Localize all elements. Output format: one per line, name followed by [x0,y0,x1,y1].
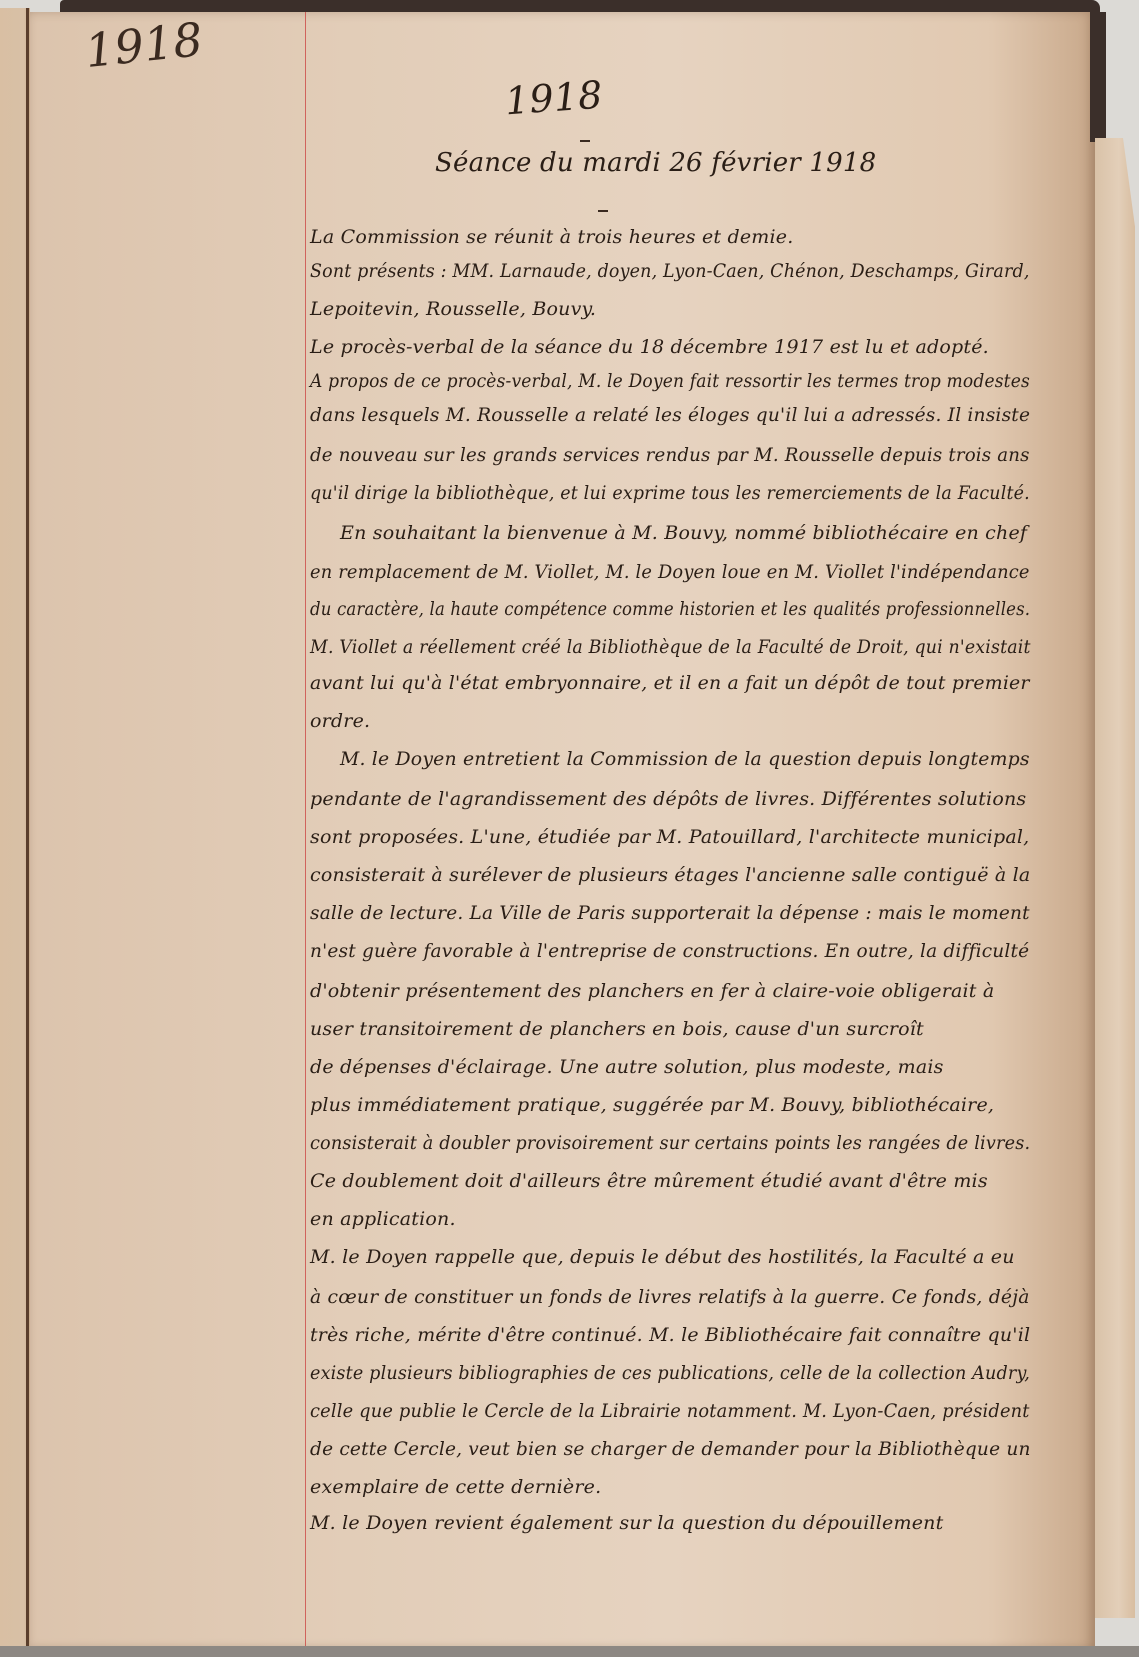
handwritten-line: M. le Doyen entretient la Commission de … [340,750,1030,769]
handwritten-line: Le procès-verbal de la séance du 18 déce… [310,338,989,357]
scan-bottom-edge [0,1646,1139,1657]
handwritten-line: existe plusieurs bibliographies de ces p… [310,1364,1030,1383]
book-cover-edge [1090,12,1106,142]
handwritten-line: En souhaitant la bienvenue à M. Bouvy, n… [340,524,1027,543]
handwritten-line: avant lui qu'à l'état embryonnaire, et i… [310,674,1030,693]
red-margin-rule [305,12,306,1652]
handwritten-line: La Commission se réunit à trois heures e… [310,228,793,247]
handwritten-line: n'est guère favorable à l'entreprise de … [310,942,1029,961]
handwritten-line: de nouveau sur les grands services rendu… [310,446,1030,465]
handwritten-line: M. Viollet a réellement créé la Biblioth… [310,638,1031,657]
handwritten-line: Ce doublement doit d'ailleurs être mûrem… [310,1172,988,1191]
handwritten-line: qu'il dirige la bibliothèque, et lui exp… [310,484,1030,503]
binding-gutter [26,8,29,1653]
body-separator-dash [598,210,608,212]
handwritten-line: Lepoitevin, Rousselle, Bouvy. [310,300,596,319]
handwritten-line: de cette Cercle, veut bien se charger de… [310,1440,1031,1459]
handwritten-line: dans lesquels M. Rousselle a relaté les … [310,406,1030,425]
handwritten-line: en application. [310,1210,456,1229]
handwritten-line: plus immédiatement pratique, suggérée pa… [310,1096,994,1115]
handwritten-line: très riche, mérite d'être continué. M. l… [310,1326,1030,1345]
handwritten-line: d'obtenir présentement des planchers en … [310,982,994,1001]
handwritten-line: du caractère, la haute compétence comme … [310,600,1030,619]
handwritten-line: celle que publie le Cercle de la Librair… [310,1402,1030,1421]
title-separator-dash [580,140,590,142]
handwritten-line: M. le Doyen rappelle que, depuis le débu… [310,1248,1015,1267]
handwritten-line: à cœur de constituer un fonds de livres … [310,1288,1030,1307]
handwritten-line: M. le Doyen revient également sur la que… [310,1514,943,1533]
handwritten-line: salle de lecture. La Ville de Paris supp… [310,904,1030,923]
handwritten-line: A propos de ce procès-verbal, M. le Doye… [310,372,1030,391]
handwritten-line: Sont présents : MM. Larnaude, doyen, Lyo… [310,262,1030,281]
handwritten-line: pendante de l'agrandissement des dépôts … [310,790,1026,809]
handwritten-line: exemplaire de cette dernière. [310,1478,601,1497]
session-title: Séance du mardi 26 février 1918 [435,148,876,178]
handwritten-line: consisterait à surélever de plusieurs ét… [310,866,1030,885]
inserted-paper-flap [1095,138,1135,1618]
handwritten-line: ordre. [310,712,370,731]
handwritten-line: de dépenses d'éclairage. Une autre solut… [310,1058,944,1077]
handwritten-line: consisterait à doubler provisoirement su… [310,1134,1030,1153]
handwritten-line: user transitoirement de planchers en boi… [310,1020,924,1039]
handwritten-line: sont proposées. L'une, étudiée par M. Pa… [310,828,1029,847]
page-year-heading: 1918 [504,73,604,124]
handwritten-line: en remplacement de M. Viollet, M. le Doy… [310,563,1030,582]
